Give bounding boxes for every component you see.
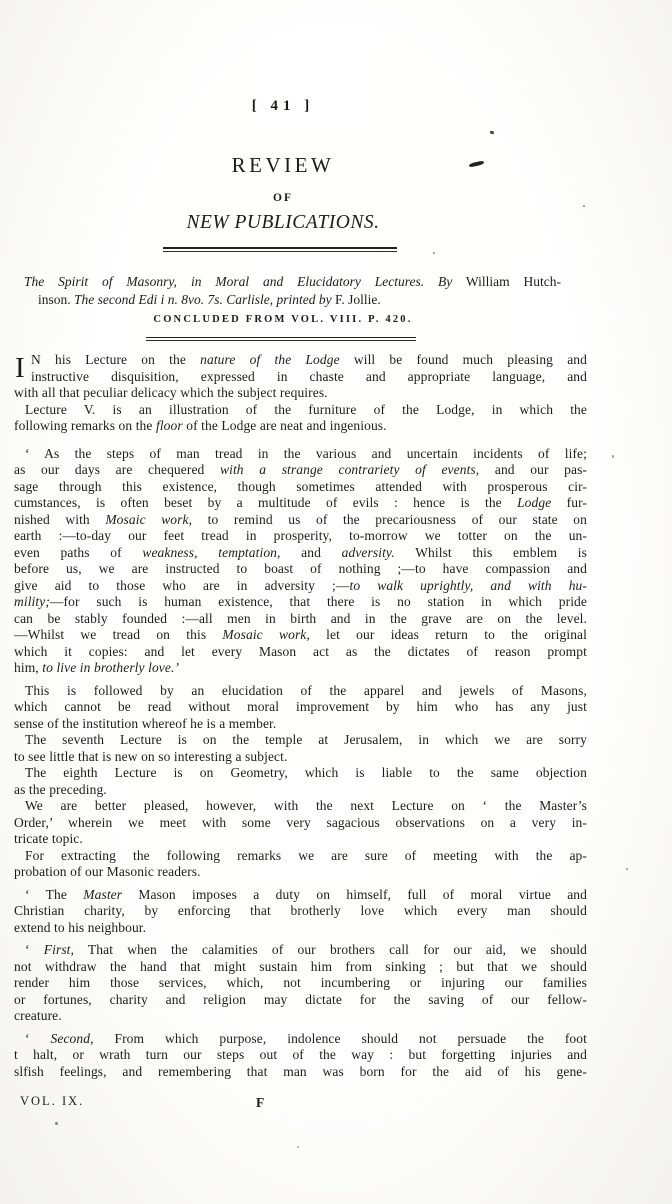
text: ‘ As the steps of man tread in the vario… [25, 446, 587, 461]
text: slfish feelings, and remembering that ma… [14, 1064, 587, 1079]
paragraph: ‘ Second, From which purpose, indolence … [14, 1031, 587, 1081]
paper-speck [612, 455, 614, 458]
text: —for such is human existence, that there… [50, 594, 587, 609]
text-line: probation of our Masonic readers. [14, 864, 587, 881]
signature-letter: F [256, 1095, 264, 1111]
text: following remarks on the [14, 418, 156, 433]
volume-label: VOL. IX. [20, 1094, 84, 1109]
text-line: even paths of weakness, temptation, and … [14, 545, 587, 562]
text: let our ideas return to the original [310, 627, 587, 642]
text: That when the calamities of our brothers… [74, 942, 587, 957]
text: We are better pleased, however, with the… [25, 798, 587, 813]
text: and our pas- [479, 462, 587, 477]
paper-speck [433, 252, 435, 254]
new-publications-title: NEW PUBLICATIONS. [0, 212, 566, 234]
text-line: The eighth Lecture is on Geometry, which… [14, 765, 587, 782]
text-line: sense of the institution whereof he is a… [14, 716, 587, 733]
text-line: inson. The second Edi i n. 8vo. 7s. Carl… [24, 291, 561, 309]
italic-text: floor [156, 418, 183, 433]
paragraph: IN his Lecture on the nature of the Lodg… [14, 352, 587, 402]
text: Christian charity, by enforcing that bro… [14, 903, 587, 918]
text: nished with [14, 512, 105, 527]
paper-speck [55, 1122, 58, 1125]
review-title: REVIEW [0, 153, 566, 178]
text-line: We are better pleased, however, with the… [14, 798, 587, 815]
text-line: creature. [14, 1008, 587, 1025]
text-line: Lecture V. is an illustration of the fur… [14, 402, 587, 419]
paper-speck [626, 868, 628, 870]
italic-text: The second Edi i n. 8vo. 7s. Carlisle, p… [74, 292, 332, 307]
paragraph: Lecture V. is an illustration of the fur… [14, 402, 587, 435]
text-line: sage through this existence, though some… [14, 479, 587, 496]
text-line: not withdraw the hand that might sustain… [14, 959, 587, 976]
text-line: For extracting the following remarks we … [14, 848, 587, 865]
text-line: give aid to those who are in adversity ;… [14, 578, 587, 595]
paragraph: The seventh Lecture is on the temple at … [14, 732, 587, 765]
text-line: N his Lecture on the nature of the Lodge… [14, 352, 587, 369]
text-line: as our days are chequered with a strange… [14, 462, 587, 479]
text [424, 274, 438, 289]
text: sage through this existence, though some… [14, 479, 587, 494]
text: ‘ The [25, 887, 83, 902]
of-label: OF [0, 192, 566, 204]
paragraph: ‘ The Master Mason imposes a duty on him… [14, 887, 587, 937]
paper-speck [297, 1146, 299, 1148]
italic-text: Mosaic work, [222, 627, 309, 642]
text-line: with all that peculiar delicacy which th… [14, 385, 587, 402]
paragraph: For extracting the following remarks we … [14, 848, 587, 881]
text-line: following remarks on the floor of the Lo… [14, 418, 587, 435]
text: give aid to those who are in adversity ;… [14, 578, 349, 593]
text-line: him, to live in brotherly love.’ [14, 660, 587, 677]
scanned-book-page: [ 41 ] REVIEW OF NEW PUBLICATIONS. The S… [0, 0, 672, 1204]
text-line: extend to his neighbour. [14, 920, 587, 937]
paper-speck [490, 130, 495, 134]
text: which it copies: and let every Mason act… [14, 644, 587, 659]
text-line: render him those services, which, not in… [14, 975, 587, 992]
text: William Hutch- [452, 274, 561, 289]
text: The eighth Lecture is on Geometry, which… [25, 765, 587, 780]
italic-text: Lodge [517, 495, 551, 510]
text-line: ‘ Second, From which purpose, indolence … [14, 1031, 587, 1048]
text: The seventh Lecture is on the temple at … [25, 732, 587, 747]
text: as our days are chequered [14, 462, 220, 477]
text-line: as the preceding. [14, 782, 587, 799]
italic-text: adversity. [342, 545, 395, 560]
paragraph: We are better pleased, however, with the… [14, 798, 587, 848]
paper-speck [583, 205, 585, 207]
text: ‘ [25, 1031, 51, 1046]
text: cumstances, is often beset by a multitud… [14, 495, 517, 510]
text-line: ‘ As the steps of man tread in the vario… [14, 446, 587, 463]
body-text: IN his Lecture on the nature of the Lodg… [14, 352, 587, 1080]
italic-text: mility; [14, 594, 50, 609]
paragraph: This is followed by an elucidation of th… [14, 683, 587, 733]
italic-text: to walk uprightly, and with hu- [349, 578, 587, 593]
text: Lecture V. is an illustration of the fur… [25, 402, 587, 417]
text-line: mility;—for such is human existence, tha… [14, 594, 587, 611]
text: as the preceding. [14, 782, 107, 797]
text: Whilst this emblem is [395, 545, 587, 560]
text-line: cumstances, is often beset by a multitud… [14, 495, 587, 512]
page-number: [ 41 ] [0, 98, 566, 115]
text: which cannot be read without moral impro… [14, 699, 587, 714]
text: before us, we are instructed to boast of… [14, 561, 587, 576]
italic-text: Mosaic work, [105, 512, 192, 527]
italic-text: The Spirit of Masonry, in Moral and Eluc… [24, 274, 424, 289]
text: instructive disquisition, expressed in c… [31, 369, 587, 384]
drop-cap: I [15, 353, 25, 383]
italic-text: weakness, temptation, [142, 545, 280, 560]
text-line: which cannot be read without moral impro… [14, 699, 587, 716]
text-line: slfish feelings, and remembering that ma… [14, 1064, 587, 1081]
book-citation: The Spirit of Masonry, in Moral and Eluc… [24, 273, 561, 308]
text-line: This is followed by an elucidation of th… [14, 683, 587, 700]
text-line: —Whilst we tread on this Mosaic work, le… [14, 627, 587, 644]
text: or fortunes, charity and religion may di… [14, 992, 587, 1007]
text-line: to see little that is new on so interest… [14, 749, 587, 766]
text-line: can be stably founded :—all men in birth… [14, 611, 587, 628]
text-line: tricate topic. [14, 831, 587, 848]
double-rule-bottom [146, 337, 416, 341]
text-line: instructive disquisition, expressed in c… [14, 369, 587, 386]
text-line: ‘ The Master Mason imposes a duty on him… [14, 887, 587, 904]
text: Order,’ wherein we meet with some very s… [14, 815, 587, 830]
text: with all that peculiar delicacy which th… [14, 385, 328, 400]
text: will be found much pleasing and [340, 352, 587, 367]
text: sense of the institution whereof he is a… [14, 716, 276, 731]
text-line: The Spirit of Masonry, in Moral and Eluc… [24, 273, 561, 291]
italic-text: nature of the Lodge [200, 352, 340, 367]
text-line: earth :—to-day our feet tread in prosper… [14, 528, 587, 545]
text: even paths of [14, 545, 142, 560]
italic-text: with a strange contrariety of events, [220, 462, 479, 477]
text: probation of our Masonic readers. [14, 864, 201, 879]
paragraph: The eighth Lecture is on Geometry, which… [14, 765, 587, 798]
italic-text: Second, [51, 1031, 94, 1046]
text-line: t halt, or wrath turn our steps out of t… [14, 1047, 587, 1064]
continuation-note: CONCLUDED FROM VOL. VIII. P. 420. [0, 314, 566, 325]
text: F. Jollie. [332, 292, 381, 307]
text-line: The seventh Lecture is on the temple at … [14, 732, 587, 749]
text: him, [14, 660, 42, 675]
italic-text: First, [44, 942, 74, 957]
text-line: or fortunes, charity and religion may di… [14, 992, 587, 1009]
text: creature. [14, 1008, 62, 1023]
paragraph: ‘ First, That when the calamities of our… [14, 942, 587, 1025]
text: Mason imposes a duty on himself, full of… [122, 887, 587, 902]
double-rule-top [163, 247, 397, 252]
italic-text: Master [83, 887, 122, 902]
text: fur- [551, 495, 587, 510]
text: This is followed by an elucidation of th… [25, 683, 587, 698]
text: render him those services, which, not in… [14, 975, 587, 990]
text: N his Lecture on the [31, 352, 200, 367]
text: From which purpose, indolence should not… [94, 1031, 587, 1046]
text: For extracting the following remarks we … [25, 848, 587, 863]
text-line: before us, we are instructed to boast of… [14, 561, 587, 578]
text: to remind us of the precariousness of ou… [192, 512, 587, 527]
text: of the Lodge are neat and ingenious. [183, 418, 387, 433]
text: not withdraw the hand that might sustain… [14, 959, 587, 974]
italic-text: By [438, 274, 452, 289]
text-line: Christian charity, by enforcing that bro… [14, 903, 587, 920]
text: extend to his neighbour. [14, 920, 146, 935]
paragraph: ‘ As the steps of man tread in the vario… [14, 446, 587, 677]
text: ‘ [25, 942, 44, 957]
text: can be stably founded :—all men in birth… [14, 611, 587, 626]
text: inson. [38, 292, 74, 307]
text: tricate topic. [14, 831, 83, 846]
text: t halt, or wrath turn our steps out of t… [14, 1047, 587, 1062]
italic-text: to live in brotherly love.’ [42, 660, 179, 675]
text: to see little that is new on so interest… [14, 749, 287, 764]
text: —Whilst we tread on this [14, 627, 222, 642]
text-line: nished with Mosaic work, to remind us of… [14, 512, 587, 529]
text-line: Order,’ wherein we meet with some very s… [14, 815, 587, 832]
text: and [281, 545, 342, 560]
text-line: ‘ First, That when the calamities of our… [14, 942, 587, 959]
text: earth :—to-day our feet tread in prosper… [14, 528, 587, 543]
text-line: which it copies: and let every Mason act… [14, 644, 587, 661]
